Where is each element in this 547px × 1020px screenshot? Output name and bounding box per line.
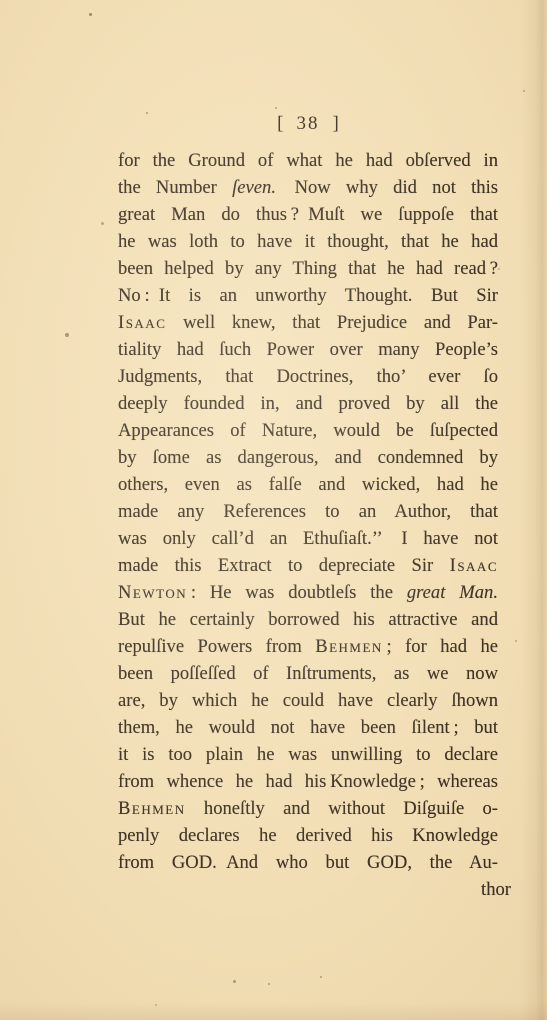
catchword: thor bbox=[131, 876, 511, 903]
text-line: are, by which he could have clearly ſhow… bbox=[118, 687, 498, 714]
text-segment: it is too plain he was unwilling to decl… bbox=[118, 744, 498, 765]
text-segment: deeply founded in, and proved by all the bbox=[118, 393, 498, 414]
text-line: No : It is an unworthy Thought. But Sir bbox=[118, 282, 498, 309]
text-segment: he was loth to have it thought, that he … bbox=[118, 231, 498, 252]
text-segment: was only call’d an Ethuſiaſt.’’ I have n… bbox=[118, 528, 498, 549]
text-segment: Newton bbox=[118, 582, 187, 603]
text-line: But he certainly borrowed his attractive… bbox=[118, 606, 498, 633]
header-right-bracket: ] bbox=[333, 113, 339, 134]
text-segment: from whence he had his Knowledge ; where… bbox=[118, 771, 498, 792]
text-segment: No : It is an unworthy Thought. But Sir bbox=[118, 285, 498, 306]
text-line: Judgments, that Doctrines, tho’ ever ſo bbox=[118, 363, 498, 390]
text-segment: : He was doubtleſs the bbox=[187, 582, 407, 603]
text-segment: for the Ground of what he had obſerved i… bbox=[118, 150, 498, 171]
text-segment: by ſome as dangerous, and condemned by bbox=[118, 447, 498, 468]
text-segment: Behmen bbox=[315, 636, 383, 657]
text-segment: made this Extract to depreciate Sir bbox=[118, 555, 450, 576]
text-line: made this Extract to depreciate Sir Isaa… bbox=[118, 552, 498, 579]
text-segment: Isaac bbox=[450, 555, 498, 576]
page-number: 38 bbox=[297, 113, 320, 134]
text-line: it is too plain he was unwilling to decl… bbox=[118, 741, 498, 768]
text-line: been helped by any Thing that he had rea… bbox=[118, 255, 498, 282]
text-segment: Now why did not this bbox=[276, 177, 498, 198]
text-segment: But he certainly borrowed his attractive… bbox=[118, 609, 498, 630]
text-segment: Appearances of Nature, would be ſuſpecte… bbox=[118, 420, 498, 441]
text-line: Newton : He was doubtleſs the great Man. bbox=[118, 579, 498, 606]
text-line: deeply founded in, and proved by all the bbox=[118, 390, 498, 417]
text-segment: ſeven. bbox=[232, 177, 276, 198]
text-segment: repulſive Powers from bbox=[118, 636, 315, 657]
text-segment: been helped by any Thing that he had rea… bbox=[118, 258, 498, 279]
text-segment: the Number bbox=[118, 177, 232, 198]
text-line: from whence he had his Knowledge ; where… bbox=[118, 768, 498, 795]
header-left-bracket: [ bbox=[277, 113, 283, 134]
text-segment: thor bbox=[481, 879, 511, 900]
text-line: for the Ground of what he had obſerved i… bbox=[118, 147, 498, 174]
text-line: penly declares he derived his Knowledge bbox=[118, 822, 498, 849]
text-line: Isaac well knew, that Prejudice and Par- bbox=[118, 309, 498, 336]
text-segment: them, he would not have been ſilent ; bu… bbox=[118, 717, 498, 738]
text-segment: been poſſeſſed of Inſtruments, as we now bbox=[118, 663, 498, 684]
text-segment: ; for had he bbox=[383, 636, 498, 657]
text-line: tiality had ſuch Power over many People’… bbox=[118, 336, 498, 363]
text-segment: are, by which he could have clearly ſhow… bbox=[118, 690, 498, 711]
text-line: been poſſeſſed of Inſtruments, as we now bbox=[118, 660, 498, 687]
text-line: the Number ſeven. Now why did not this bbox=[118, 174, 498, 201]
text-line: others, even as falſe and wicked, had he bbox=[118, 471, 498, 498]
text-block: for the Ground of what he had obſerved i… bbox=[118, 147, 498, 903]
text-segment: Judgments, that Doctrines, tho’ ever ſo bbox=[118, 366, 498, 387]
text-segment: well knew, that Prejudice and Par- bbox=[166, 312, 498, 333]
text-line: them, he would not have been ſilent ; bu… bbox=[118, 714, 498, 741]
text-line: from GOD. And who but GOD, the Au- bbox=[118, 849, 498, 876]
text-segment: made any References to an Author, that bbox=[118, 501, 498, 522]
text-segment: honeſtly and without Diſguiſe o- bbox=[186, 798, 498, 819]
text-segment: great Man do thus ? Muſt we ſuppoſe that bbox=[118, 204, 498, 225]
text-line: made any References to an Author, that bbox=[118, 498, 498, 525]
text-segment: Behmen bbox=[118, 798, 186, 819]
text-line: by ſome as dangerous, and condemned by bbox=[118, 444, 498, 471]
text-segment: Isaac bbox=[118, 312, 166, 333]
text-line: repulſive Powers from Behmen ; for had h… bbox=[118, 633, 498, 660]
text-line: was only call’d an Ethuſiaſt.’’ I have n… bbox=[118, 525, 498, 552]
text-line: he was loth to have it thought, that he … bbox=[118, 228, 498, 255]
text-line: Behmen honeſtly and without Diſguiſe o- bbox=[118, 795, 498, 822]
text-segment: others, even as falſe and wicked, had he bbox=[118, 474, 498, 495]
text-segment: great Man. bbox=[407, 582, 498, 603]
text-segment: tiality had ſuch Power over many People’… bbox=[118, 339, 498, 360]
page-header: [38] bbox=[118, 110, 498, 137]
text-line: great Man do thus ? Muſt we ſuppoſe that bbox=[118, 201, 498, 228]
text-segment: from GOD. And who but GOD, the Au- bbox=[118, 852, 498, 873]
text-segment: penly declares he derived his Knowledge bbox=[118, 825, 498, 846]
text-line: Appearances of Nature, would be ſuſpecte… bbox=[118, 417, 498, 444]
